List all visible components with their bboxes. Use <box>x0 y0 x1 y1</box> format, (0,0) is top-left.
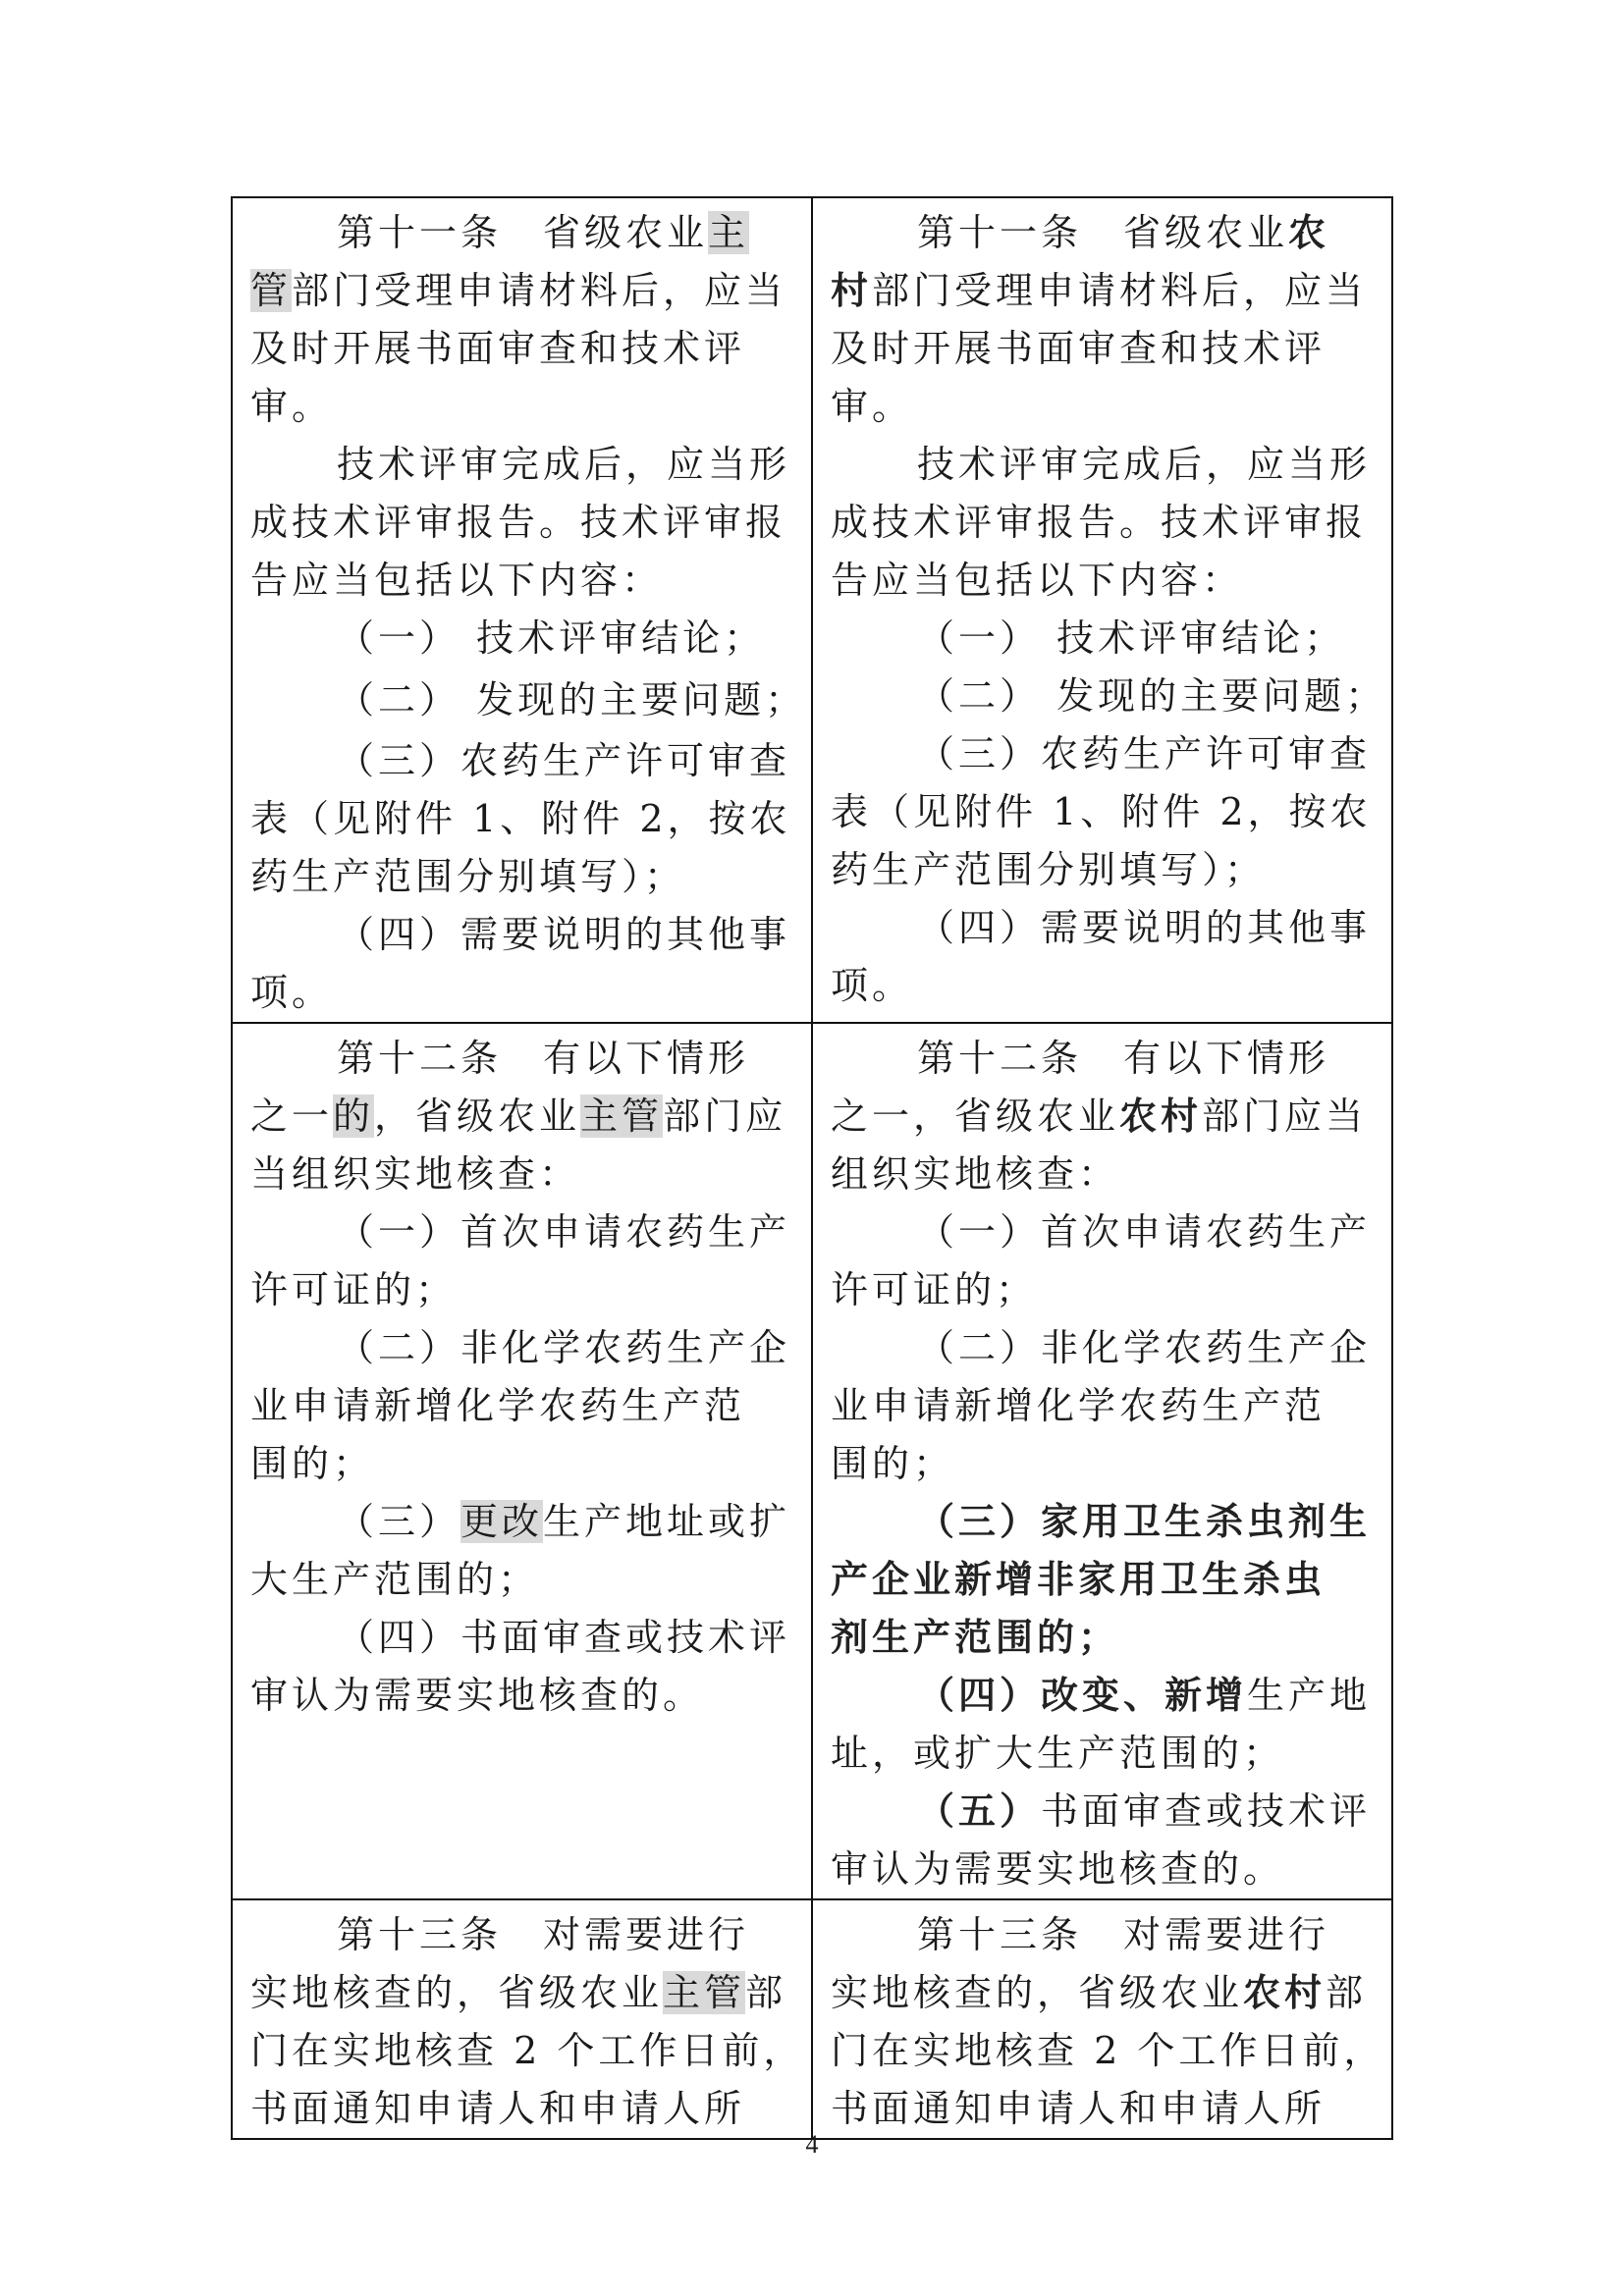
text-segment: 之一 <box>250 1095 333 1138</box>
text-line: 实地核查的，省级农业主管部 <box>250 1964 801 2022</box>
text-line: 审认为需要实地核查的。 <box>250 1667 801 1725</box>
text-line: 项。 <box>831 957 1381 1015</box>
table-row-article-13: 第十三条 对需要进行实地核查的，省级农业主管部门在实地核查 2 个工作日前，书面… <box>232 1899 1392 2139</box>
text-segment: 第十二条 有以下情形 <box>337 1037 749 1080</box>
text-segment: 第十一条 省级农业 <box>917 211 1288 254</box>
text-segment: 表（见附件 1、附件 2，按农 <box>250 797 791 840</box>
revised-text: （五） <box>917 1789 1041 1833</box>
text-segment: 表（见附件 1、附件 2，按农 <box>831 790 1372 833</box>
text-line: 成技术评审报告。技术评审报 <box>250 494 801 552</box>
text-line: 药生产范围分别填写）； <box>831 841 1381 899</box>
text-line: 第十二条 有以下情形 <box>831 1030 1381 1088</box>
text-line: 技术评审完成后，应当形 <box>831 436 1381 494</box>
text-segment: 门在实地核查 2 个工作日前， <box>831 2029 1384 2072</box>
text-line: 址，或扩大生产范围的； <box>831 1725 1381 1783</box>
text-segment: 实地核查的，省级农业 <box>831 1971 1243 2014</box>
text-segment: （一） 技术评审结论； <box>337 616 765 660</box>
text-segment: 药生产范围分别填写）； <box>831 848 1266 891</box>
text-line: 项。 <box>250 964 801 1022</box>
text-segment: 实地核查的，省级农业 <box>250 1971 663 2014</box>
text-segment: 书面审查或技术评 <box>1041 1789 1371 1833</box>
text-line: （二） 发现的主要问题； <box>831 667 1381 725</box>
document-page: 第十一条 省级农业主管部门受理申请材料后，应当及时开展书面审查和技术评审。技术评… <box>0 0 1624 2296</box>
text-segment: 告应当包括以下内容： <box>250 559 663 602</box>
text-line: 大生产范围的； <box>250 1551 801 1609</box>
text-segment: 及时开展书面审查和技术评 <box>831 327 1326 370</box>
highlighted-text: 主 <box>708 211 749 254</box>
text-segment: 组织实地核查： <box>831 1152 1119 1196</box>
text-segment: （二）非化学农药生产企 <box>917 1326 1371 1369</box>
text-line: （二） 发现的主要问题； <box>250 667 801 732</box>
text-line: 门在实地核查 2 个工作日前， <box>831 2022 1381 2080</box>
text-segment: （四）需要说明的其他事 <box>917 906 1371 949</box>
text-segment: 药生产范围分别填写）； <box>250 855 685 898</box>
text-line: （二）非化学农药生产企 <box>831 1319 1381 1377</box>
text-line: （一）首次申请农药生产 <box>831 1203 1381 1261</box>
text-segment: （三） <box>337 1500 460 1543</box>
text-segment: 审。 <box>250 385 333 428</box>
text-line: 门在实地核查 2 个工作日前， <box>250 2022 801 2080</box>
text-segment: 第十三条 对需要进行 <box>917 1913 1329 1956</box>
text-segment: 许可证的； <box>831 1268 1037 1311</box>
highlighted-text: 的 <box>333 1095 374 1138</box>
text-line: 表（见附件 1、附件 2，按农 <box>831 783 1381 841</box>
revised-text: （三）家用卫生杀虫剂生 <box>917 1500 1371 1543</box>
text-line: 第十一条 省级农业农 <box>831 204 1381 262</box>
text-segment: 审认为需要实地核查的。 <box>250 1674 704 1717</box>
text-line: 许可证的； <box>250 1261 801 1319</box>
text-segment: （一）首次申请农药生产 <box>917 1210 1371 1254</box>
text-line: （五）书面审查或技术评 <box>831 1783 1381 1841</box>
text-segment: 围的； <box>250 1442 374 1485</box>
text-line: 围的； <box>250 1435 801 1493</box>
text-segment: 审。 <box>831 385 913 428</box>
revised-text: 产企业新增非家用卫生杀虫 <box>831 1558 1326 1601</box>
text-segment: 生产地 <box>1247 1674 1371 1717</box>
text-segment: （四）需要说明的其他事 <box>337 913 790 956</box>
highlighted-text: 管 <box>250 269 292 312</box>
text-segment: 业申请新增化学农药生产范 <box>831 1384 1326 1427</box>
revised-text-cell: 第十三条 对需要进行实地核查的，省级农业农村部门在实地核查 2 个工作日前，书面… <box>812 1899 1392 2139</box>
text-segment: （一）首次申请农药生产 <box>337 1210 790 1254</box>
text-line: 审。 <box>831 378 1381 436</box>
text-segment: 部 <box>745 1971 786 2014</box>
page-number: 4 <box>0 2130 1624 2160</box>
revised-text-cell: 第十一条 省级农业农村部门受理申请材料后，应当及时开展书面审查和技术评审。技术评… <box>812 197 1392 1023</box>
text-segment: 成技术评审报告。技术评审报 <box>250 501 786 544</box>
text-line: 产企业新增非家用卫生杀虫 <box>831 1551 1381 1609</box>
text-segment: 之一，省级农业 <box>831 1095 1119 1138</box>
text-segment: 书面通知申请人和申请人所 <box>831 2087 1326 2130</box>
text-line: 管部门受理申请材料后，应当 <box>250 262 801 320</box>
highlighted-text: 更改 <box>460 1500 543 1543</box>
text-segment: 当组织实地核查： <box>250 1152 580 1196</box>
text-line: （三）农药生产许可审查 <box>250 732 801 790</box>
text-segment: （四）书面审查或技术评 <box>337 1616 790 1659</box>
text-line: 审。 <box>250 378 801 436</box>
text-line: 及时开展书面审查和技术评 <box>831 320 1381 378</box>
text-segment: （三）农药生产许可审查 <box>337 739 790 782</box>
text-line: 表（见附件 1、附件 2，按农 <box>250 790 801 848</box>
text-segment: 大生产范围的； <box>250 1558 539 1601</box>
revised-text-cell: 第十二条 有以下情形之一，省级农业农村部门应当组织实地核查：（一）首次申请农药生… <box>812 1023 1392 1899</box>
text-line: 技术评审完成后，应当形 <box>250 436 801 494</box>
text-segment: 技术评审完成后，应当形 <box>917 443 1371 486</box>
text-line: （二）非化学农药生产企 <box>250 1319 801 1377</box>
text-segment: 门在实地核查 2 个工作日前， <box>250 2029 804 2072</box>
text-segment: ，省级农业 <box>374 1095 580 1138</box>
revised-text: 农 <box>1288 211 1329 254</box>
text-line: （四）需要说明的其他事 <box>250 906 801 964</box>
text-line: 组织实地核查： <box>831 1146 1381 1203</box>
text-line: 成技术评审报告。技术评审报 <box>831 494 1381 552</box>
original-text-cell: 第十三条 对需要进行实地核查的，省级农业主管部门在实地核查 2 个工作日前，书面… <box>232 1899 812 2139</box>
text-line: 围的； <box>831 1435 1381 1493</box>
text-line: （一） 技术评审结论； <box>831 610 1381 667</box>
comparison-table: 第十一条 省级农业主管部门受理申请材料后，应当及时开展书面审查和技术评审。技术评… <box>231 196 1393 2140</box>
text-line: （四）改变、新增生产地 <box>831 1667 1381 1725</box>
text-line: 第十三条 对需要进行 <box>250 1906 801 1964</box>
text-segment: 第十三条 对需要进行 <box>337 1913 749 1956</box>
text-line: 剂生产范围的； <box>831 1609 1381 1667</box>
revised-text: （四）改变、新增 <box>917 1674 1247 1717</box>
text-segment: 及时开展书面审查和技术评 <box>250 327 745 370</box>
text-segment: 书面通知申请人和申请人所 <box>250 2087 745 2130</box>
text-segment: 围的； <box>831 1442 954 1485</box>
text-line: 第十三条 对需要进行 <box>831 1906 1381 1964</box>
text-segment: 许可证的； <box>250 1268 457 1311</box>
text-segment: （二）非化学农药生产企 <box>337 1326 790 1369</box>
text-segment: 第十二条 有以下情形 <box>917 1037 1329 1080</box>
text-line: 第十一条 省级农业主 <box>250 204 801 262</box>
text-line: 审认为需要实地核查的。 <box>831 1841 1381 1898</box>
revised-text: 村 <box>831 269 872 312</box>
text-segment: 部门应当 <box>1202 1095 1367 1138</box>
text-segment: （一） 技术评审结论； <box>917 616 1345 660</box>
text-segment: 技术评审完成后，应当形 <box>337 443 790 486</box>
text-line: （四）书面审查或技术评 <box>250 1609 801 1667</box>
text-line: （三）更改生产地址或扩 <box>250 1493 801 1551</box>
text-segment: 审认为需要实地核查的。 <box>831 1847 1284 1891</box>
highlighted-text: 主管 <box>663 1971 745 2014</box>
text-segment: 址，或扩大生产范围的； <box>831 1732 1284 1775</box>
text-segment: 业申请新增化学农药生产范 <box>250 1384 745 1427</box>
text-line: 许可证的； <box>831 1261 1381 1319</box>
text-segment: 生产地址或扩 <box>543 1500 790 1543</box>
text-segment: （三）农药生产许可审查 <box>917 732 1371 775</box>
text-line: 药生产范围分别填写）； <box>250 848 801 906</box>
text-line: （一） 技术评审结论； <box>250 610 801 667</box>
text-segment: 项。 <box>831 964 913 1007</box>
text-line: （三）农药生产许可审查 <box>831 725 1381 783</box>
text-line: 业申请新增化学农药生产范 <box>250 1377 801 1435</box>
text-line: 之一，省级农业农村部门应当 <box>831 1088 1381 1146</box>
text-segment: 项。 <box>250 971 333 1014</box>
text-segment: 成技术评审报告。技术评审报 <box>831 501 1367 544</box>
revised-text: 农村 <box>1119 1095 1202 1138</box>
revised-text: 剂生产范围的； <box>831 1616 1119 1659</box>
text-segment: 部门受理申请材料后，应当 <box>872 269 1367 312</box>
text-line: 告应当包括以下内容： <box>831 552 1381 610</box>
text-segment: 部 <box>1326 1971 1367 2014</box>
text-segment: 告应当包括以下内容： <box>831 559 1243 602</box>
text-line: 实地核查的，省级农业农村部 <box>831 1964 1381 2022</box>
text-line: （四）需要说明的其他事 <box>831 899 1381 957</box>
table-row-article-11: 第十一条 省级农业主管部门受理申请材料后，应当及时开展书面审查和技术评审。技术评… <box>232 197 1392 1023</box>
text-segment: 第十一条 省级农业 <box>337 211 708 254</box>
text-line: 之一的，省级农业主管部门应 <box>250 1088 801 1146</box>
original-text-cell: 第十二条 有以下情形之一的，省级农业主管部门应当组织实地核查：（一）首次申请农药… <box>232 1023 812 1899</box>
text-segment: （二） 发现的主要问题； <box>337 678 806 721</box>
text-line: 第十二条 有以下情形 <box>250 1030 801 1088</box>
text-line: （三）家用卫生杀虫剂生 <box>831 1493 1381 1551</box>
original-text-cell: 第十一条 省级农业主管部门受理申请材料后，应当及时开展书面审查和技术评审。技术评… <box>232 197 812 1023</box>
text-segment: 部门受理申请材料后，应当 <box>292 269 786 312</box>
highlighted-text: 主管 <box>580 1095 663 1138</box>
text-line: 告应当包括以下内容： <box>250 552 801 610</box>
revised-text: 农村 <box>1243 1971 1326 2014</box>
text-line: （一）首次申请农药生产 <box>250 1203 801 1261</box>
text-line: 业申请新增化学农药生产范 <box>831 1377 1381 1435</box>
text-line: 及时开展书面审查和技术评 <box>250 320 801 378</box>
text-line: 当组织实地核查： <box>250 1146 801 1203</box>
text-segment: 部门应 <box>663 1095 786 1138</box>
text-segment: （二） 发现的主要问题； <box>917 674 1386 718</box>
table-row-article-12: 第十二条 有以下情形之一的，省级农业主管部门应当组织实地核查：（一）首次申请农药… <box>232 1023 1392 1899</box>
text-line: 村部门受理申请材料后，应当 <box>831 262 1381 320</box>
